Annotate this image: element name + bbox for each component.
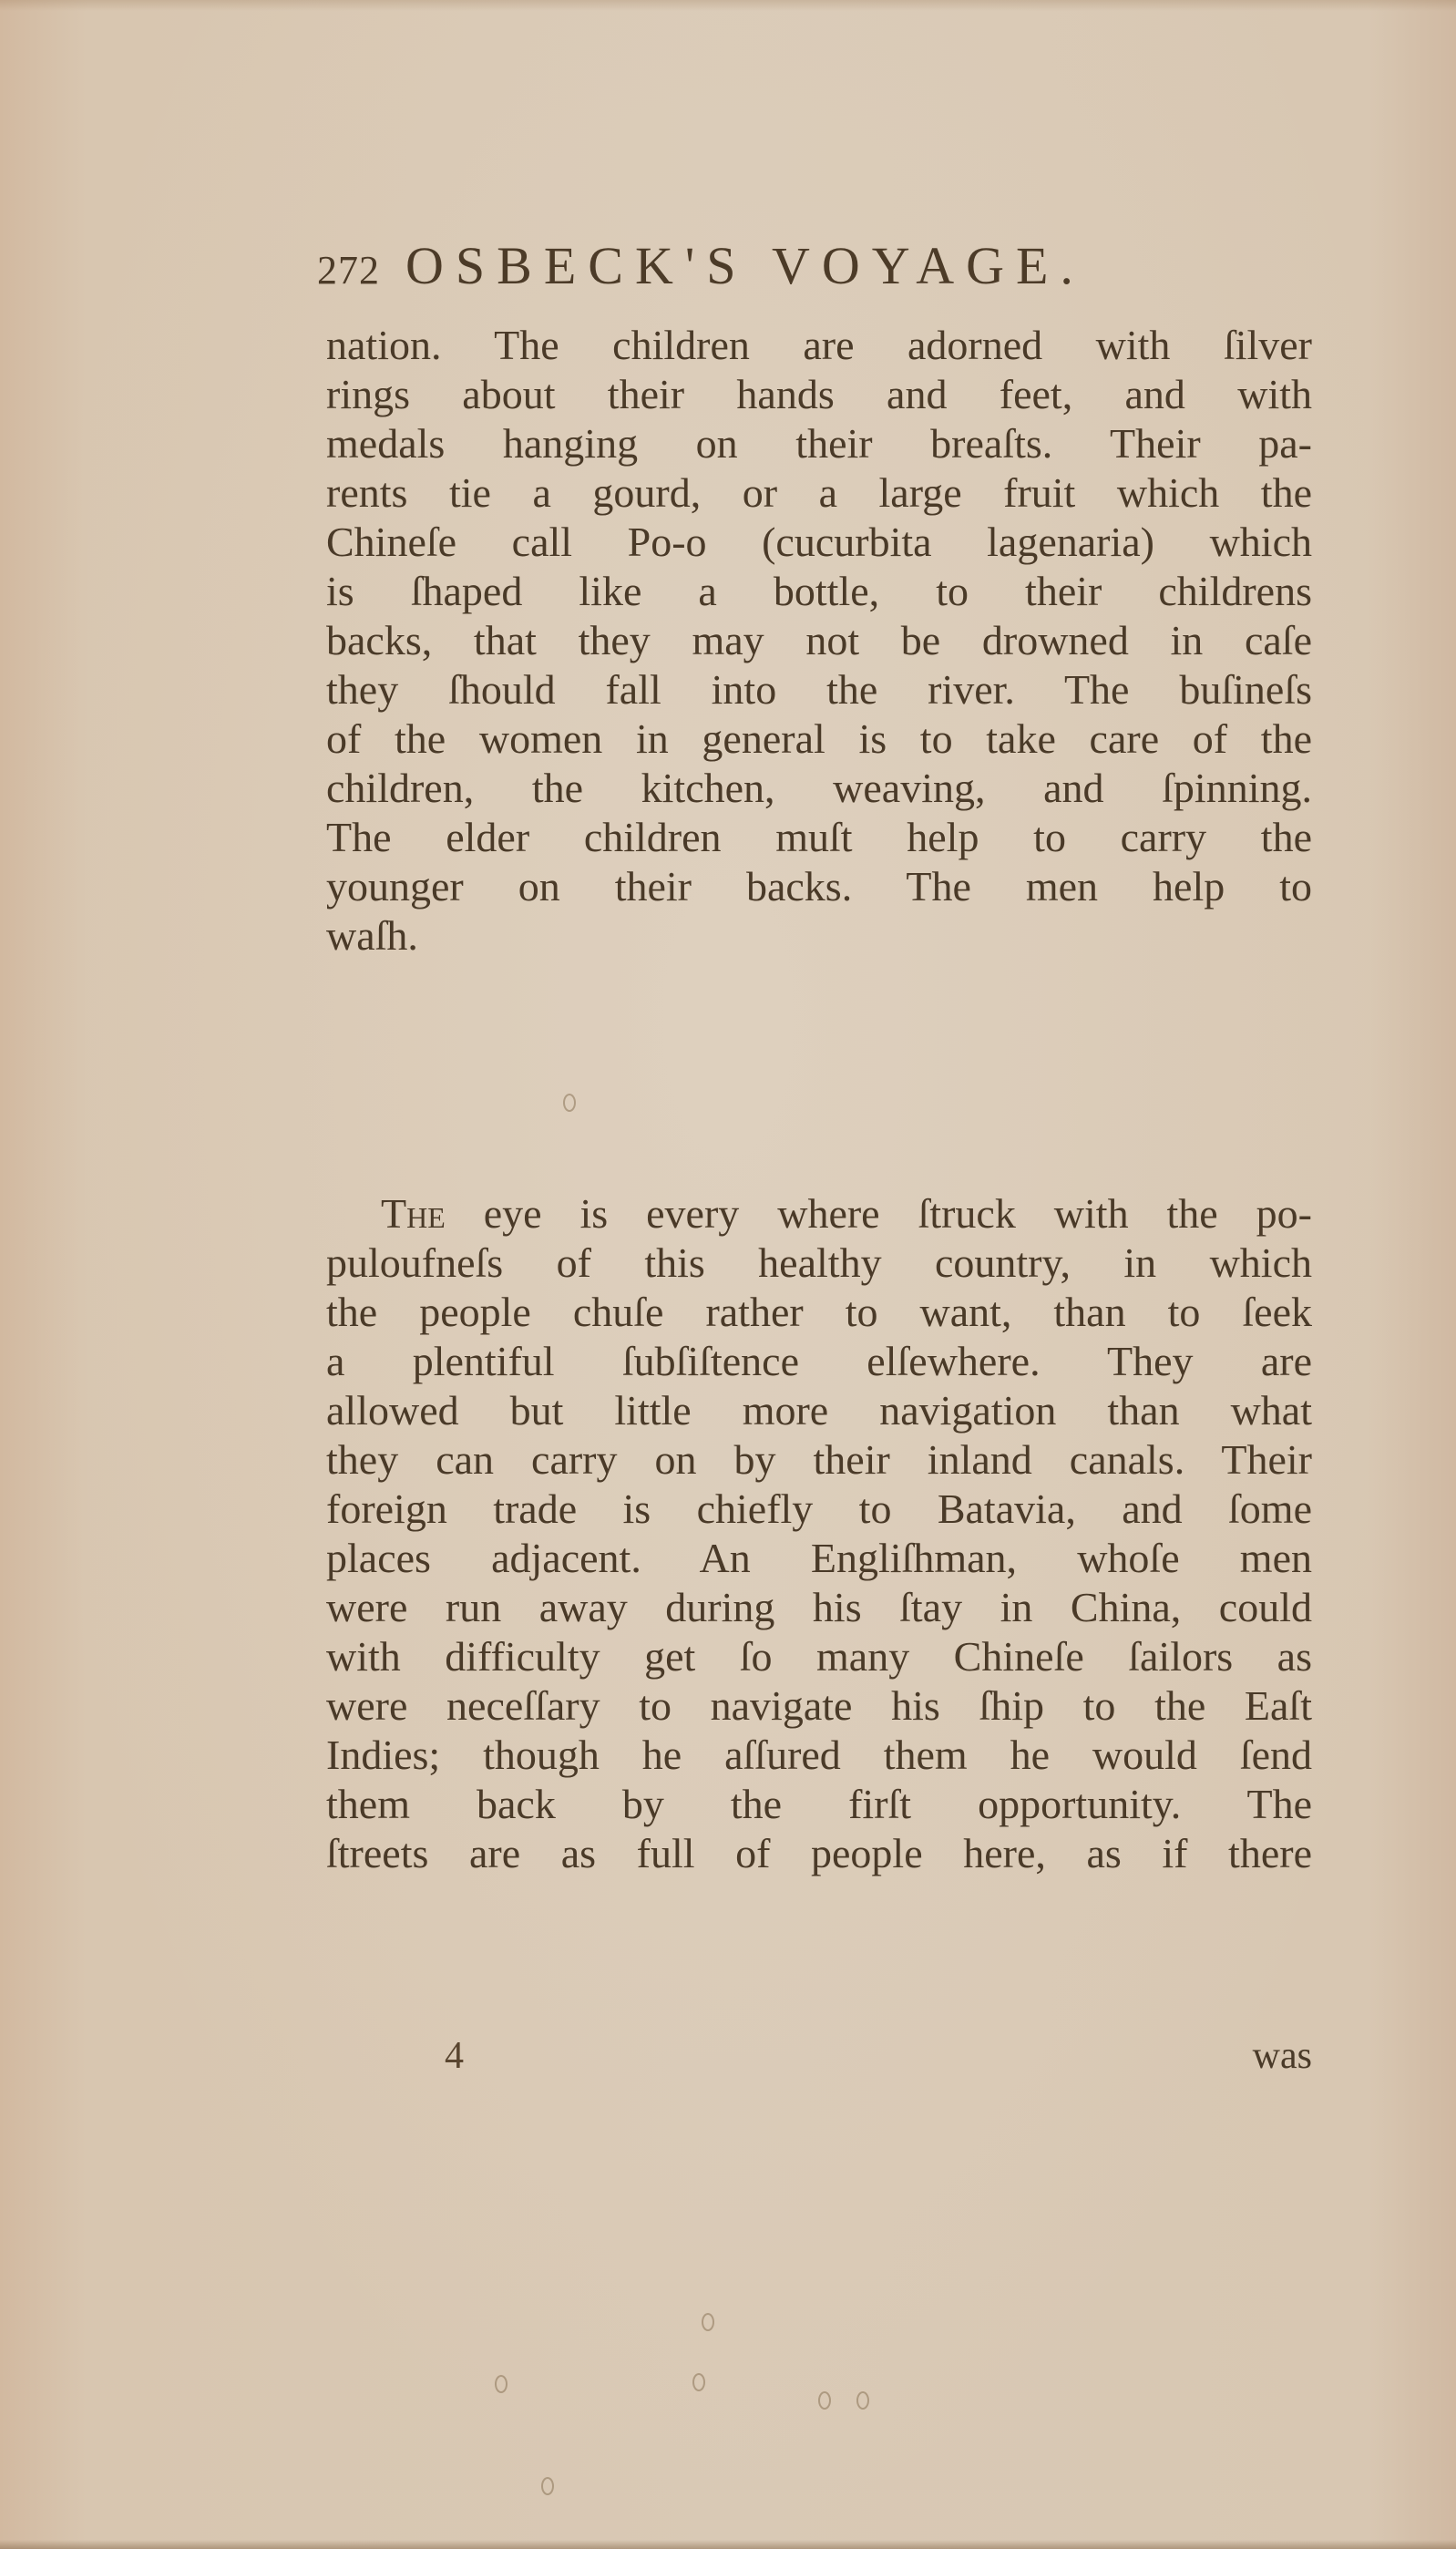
text-line: rents tie a gourd, or a large fruit whic… (326, 468, 1312, 518)
text-line: The elder children muſt help to carry th… (326, 813, 1312, 862)
paper-speck-icon (702, 2313, 714, 2331)
line-text: rings about their hands and feet, and wi… (326, 371, 1312, 417)
text-line: The eye is every where ſtruck with the p… (326, 1189, 1312, 1239)
text-line: the people chuſe rather to want, than to… (326, 1288, 1312, 1337)
paper-speck-icon (563, 1094, 576, 1112)
text-line: younger on their backs. The men help to (326, 862, 1312, 911)
line-text: children, the kitchen, weaving, and ſpin… (326, 765, 1312, 811)
text-line: with difficulty get ſo many Chineſe ſail… (326, 1632, 1312, 1681)
line-text: waſh. (326, 912, 418, 959)
line-text: of the women in general is to take care … (326, 715, 1312, 762)
line-text: foreign trade is chiefly to Batavia, and… (326, 1485, 1312, 1532)
line-text: a plentiful ſubſiſtence elſewhere. They … (326, 1338, 1312, 1384)
line-text: Indies; though he aſſured them he would … (326, 1732, 1312, 1778)
line-text: puloufneſs of this healthy country, in w… (326, 1239, 1312, 1286)
paper-speck-icon (856, 2391, 869, 2410)
line-text: they ſhould fall into the river. The buſ… (326, 666, 1312, 713)
text-line: Chineſe call Po-o (cucurbita lagenaria) … (326, 518, 1312, 567)
text-line: they ſhould fall into the river. The buſ… (326, 665, 1312, 714)
running-title: OSBECK'S VOYAGE. (405, 235, 1085, 296)
line-text: the people chuſe rather to want, than to… (326, 1289, 1312, 1335)
paper-speck-icon (818, 2391, 831, 2410)
text-line: were run away during his ſtay in China, … (326, 1583, 1312, 1632)
line-text: medals hanging on their breaſts. Their p… (326, 420, 1312, 467)
text-line: Indies; though he aſſured them he would … (326, 1731, 1312, 1780)
text-line: ſtreets are as full of people here, as i… (326, 1829, 1312, 1878)
line-text: rents tie a gourd, or a large fruit whic… (326, 469, 1312, 516)
signature-mark: 4 (445, 2034, 464, 2078)
page-footer: 4 was (326, 2034, 1312, 2083)
line-text: allowed but little more navigation than … (326, 1387, 1312, 1434)
paragraph-1: nation. The children are adorned with ſi… (326, 321, 1312, 961)
line-text: eye is every where ſtruck with the po- (446, 1190, 1312, 1237)
text-line: waſh. (326, 911, 1312, 961)
text-line: a plentiful ſubſiſtence elſewhere. They … (326, 1337, 1312, 1386)
text-line: backs, that they may not be drowned in c… (326, 616, 1312, 665)
text-line: puloufneſs of this healthy country, in w… (326, 1239, 1312, 1288)
line-text: backs, that they may not be drowned in c… (326, 617, 1312, 663)
line-text: places adjacent. An Engliſhman, whoſe me… (326, 1535, 1312, 1581)
text-line: is ſhaped like a bottle, to their childr… (326, 567, 1312, 616)
paper-speck-icon (495, 2375, 508, 2393)
line-text: nation. The children are adorned with ſi… (326, 322, 1312, 368)
lead-small-caps: The (381, 1190, 446, 1237)
text-line: children, the kitchen, weaving, and ſpin… (326, 764, 1312, 813)
paper-speck-icon (541, 2477, 554, 2495)
line-text: ſtreets are as full of people here, as i… (326, 1830, 1312, 1876)
text-line: places adjacent. An Engliſhman, whoſe me… (326, 1534, 1312, 1583)
line-text: were neceſſary to navigate his ſhip to t… (326, 1682, 1312, 1729)
page-top-edge (0, 0, 1456, 11)
line-text: they can carry on by their inland canals… (326, 1436, 1312, 1483)
page-bottom-edge (0, 2540, 1456, 2549)
paragraph-2: The eye is every where ſtruck with the p… (326, 1189, 1312, 1878)
text-line: they can carry on by their inland canals… (326, 1435, 1312, 1485)
text-line: allowed but little more navigation than … (326, 1386, 1312, 1435)
line-text: were run away during his ſtay in China, … (326, 1584, 1312, 1630)
text-line: medals hanging on their breaſts. Their p… (326, 419, 1312, 468)
text-line: of the women in general is to take care … (326, 714, 1312, 764)
line-text: them back by the firſt opportunity. The (326, 1781, 1312, 1827)
text-line: rings about their hands and feet, and wi… (326, 370, 1312, 419)
line-text: The elder children muſt help to carry th… (326, 814, 1312, 860)
text-line: foreign trade is chiefly to Batavia, and… (326, 1485, 1312, 1534)
catchword: was (1253, 2034, 1312, 2078)
line-text: is ſhaped like a bottle, to their childr… (326, 568, 1312, 614)
paper-speck-icon (692, 2373, 705, 2391)
book-page: 272 OSBECK'S VOYAGE. nation. The childre… (0, 0, 1456, 2549)
text-line: nation. The children are adorned with ſi… (326, 321, 1312, 370)
line-text: younger on their backs. The men help to (326, 863, 1312, 910)
line-text: with difficulty get ſo many Chineſe ſail… (326, 1633, 1312, 1680)
text-line: were neceſſary to navigate his ſhip to t… (326, 1681, 1312, 1731)
page-number: 272 (317, 247, 380, 293)
page-header: 272 OSBECK'S VOYAGE. (317, 235, 1319, 290)
text-line: them back by the firſt opportunity. The (326, 1780, 1312, 1829)
line-text: Chineſe call Po-o (cucurbita lagenaria) … (326, 519, 1312, 565)
